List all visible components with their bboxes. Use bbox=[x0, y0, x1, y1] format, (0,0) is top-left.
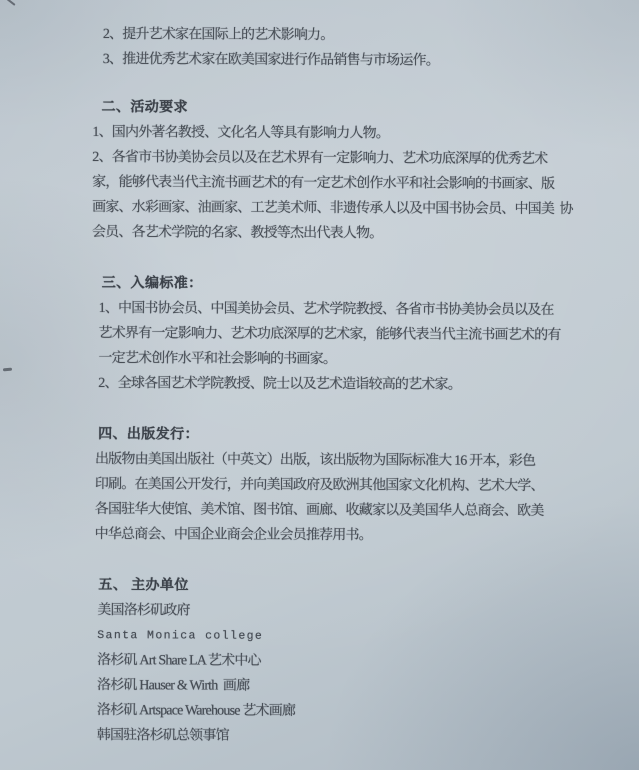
section-heading: 四、出版发行： bbox=[98, 422, 637, 449]
paragraph-line: 洛杉矶 Art Share LA 艺术中心 bbox=[97, 648, 636, 675]
intro-list: 2、提升艺术家在国际上的艺术影响力。3、推进优秀艺术家在欧美国家进行作品销售与市… bbox=[0, 22, 639, 75]
section-container: 二、活动要求1、国内外著名教授、文化名人等具有影响力人物。2、各省市书协美协会员… bbox=[0, 95, 639, 751]
paragraph-line: 出版物由美国出版社（中英文）出版，该出版物为国际标准大 16 开本，彩色 bbox=[95, 447, 637, 474]
paragraph-line: Santa Monica college bbox=[97, 623, 636, 650]
paragraph-line: 印刷。在美国公开发行，并向美国政府及欧洲其他国家文化机构、艺术大学、 bbox=[95, 472, 637, 499]
section-organizers: 五、 主办单位美国洛杉矶政府Santa Monica college洛杉矶 Ar… bbox=[0, 573, 636, 751]
section-heading: 三、入编标准： bbox=[102, 271, 638, 298]
section-heading: 五、 主办单位 bbox=[98, 573, 636, 600]
document-photo: 2、提升艺术家在国际上的艺术影响力。3、推进优秀艺术家在欧美国家进行作品销售与市… bbox=[0, 0, 639, 770]
section-publication-distribution: 四、出版发行：出版物由美国出版社（中英文）出版，该出版物为国际标准大 16 开本… bbox=[0, 422, 637, 550]
paragraph-line: 洛杉矶 Hauser & Wirth 画廊 bbox=[97, 673, 636, 700]
paragraph-line: 洛杉矶 Artspace Warehouse 艺术画廊 bbox=[97, 698, 636, 725]
paragraph-line: 会员、各艺术学院的名家、教授等杰出代表人物。 bbox=[92, 220, 638, 247]
paragraph-line: 美国洛杉矶政府 bbox=[97, 598, 636, 625]
paragraph-line: 艺术界有一定影响力、艺术功底深厚的艺术家，能够代表当代主流书画艺术的有 bbox=[98, 321, 637, 348]
intro-item: 3、推进优秀艺术家在欧美国家进行作品销售与市场运作。 bbox=[103, 47, 639, 74]
paragraph-line: 画家、水彩画家、油画家、工艺美术师、非遗传承人以及中国书协会员、中国美 协 bbox=[92, 195, 638, 222]
section-activity-requirements: 二、活动要求1、国内外著名教授、文化名人等具有影响力人物。2、各省市书协美协会员… bbox=[0, 95, 639, 248]
document-page: 2、提升艺术家在国际上的艺术影响力。3、推进优秀艺术家在欧美国家进行作品销售与市… bbox=[0, 0, 639, 770]
paragraph-line: 中华总商会、中国企业商会企业会员推荐用书。 bbox=[95, 522, 637, 549]
paragraph-line: 家，能够代表当代主流书画艺术的有一定艺术创作水平和社会影响的书画家、版 bbox=[92, 170, 638, 197]
paragraph-line: 各国驻华大使馆、美术馆、图书馆、画廊、收藏家以及美国华人总商会、欧美 bbox=[95, 497, 637, 524]
paragraph-line: 1、国内外著名教授、文化名人等具有影响力人物。 bbox=[92, 120, 638, 147]
paragraph-line: 2、全球各国艺术学院教授、院士以及艺术造诣较高的艺术家。 bbox=[98, 371, 637, 398]
paragraph-line: 韩国驻洛杉矶总领事馆 bbox=[97, 723, 636, 750]
paragraph-line: 2、各省市书协美协会员以及在艺术界有一定影响力、艺术功底深厚的优秀艺术 bbox=[92, 145, 638, 172]
intro-item: 2、提升艺术家在国际上的艺术影响力。 bbox=[103, 22, 639, 49]
paragraph-line: 1、中国书协会员、中国美协会员、艺术学院教授、各省市书协美协会员以及在 bbox=[99, 296, 638, 323]
section-heading: 二、活动要求 bbox=[101, 95, 638, 122]
section-inclusion-criteria: 三、入编标准：1、中国书协会员、中国美协会员、艺术学院教授、各省市书协美协会员以… bbox=[0, 271, 638, 399]
paragraph-line: 一定艺术创作水平和社会影响的书画家。 bbox=[98, 346, 637, 373]
